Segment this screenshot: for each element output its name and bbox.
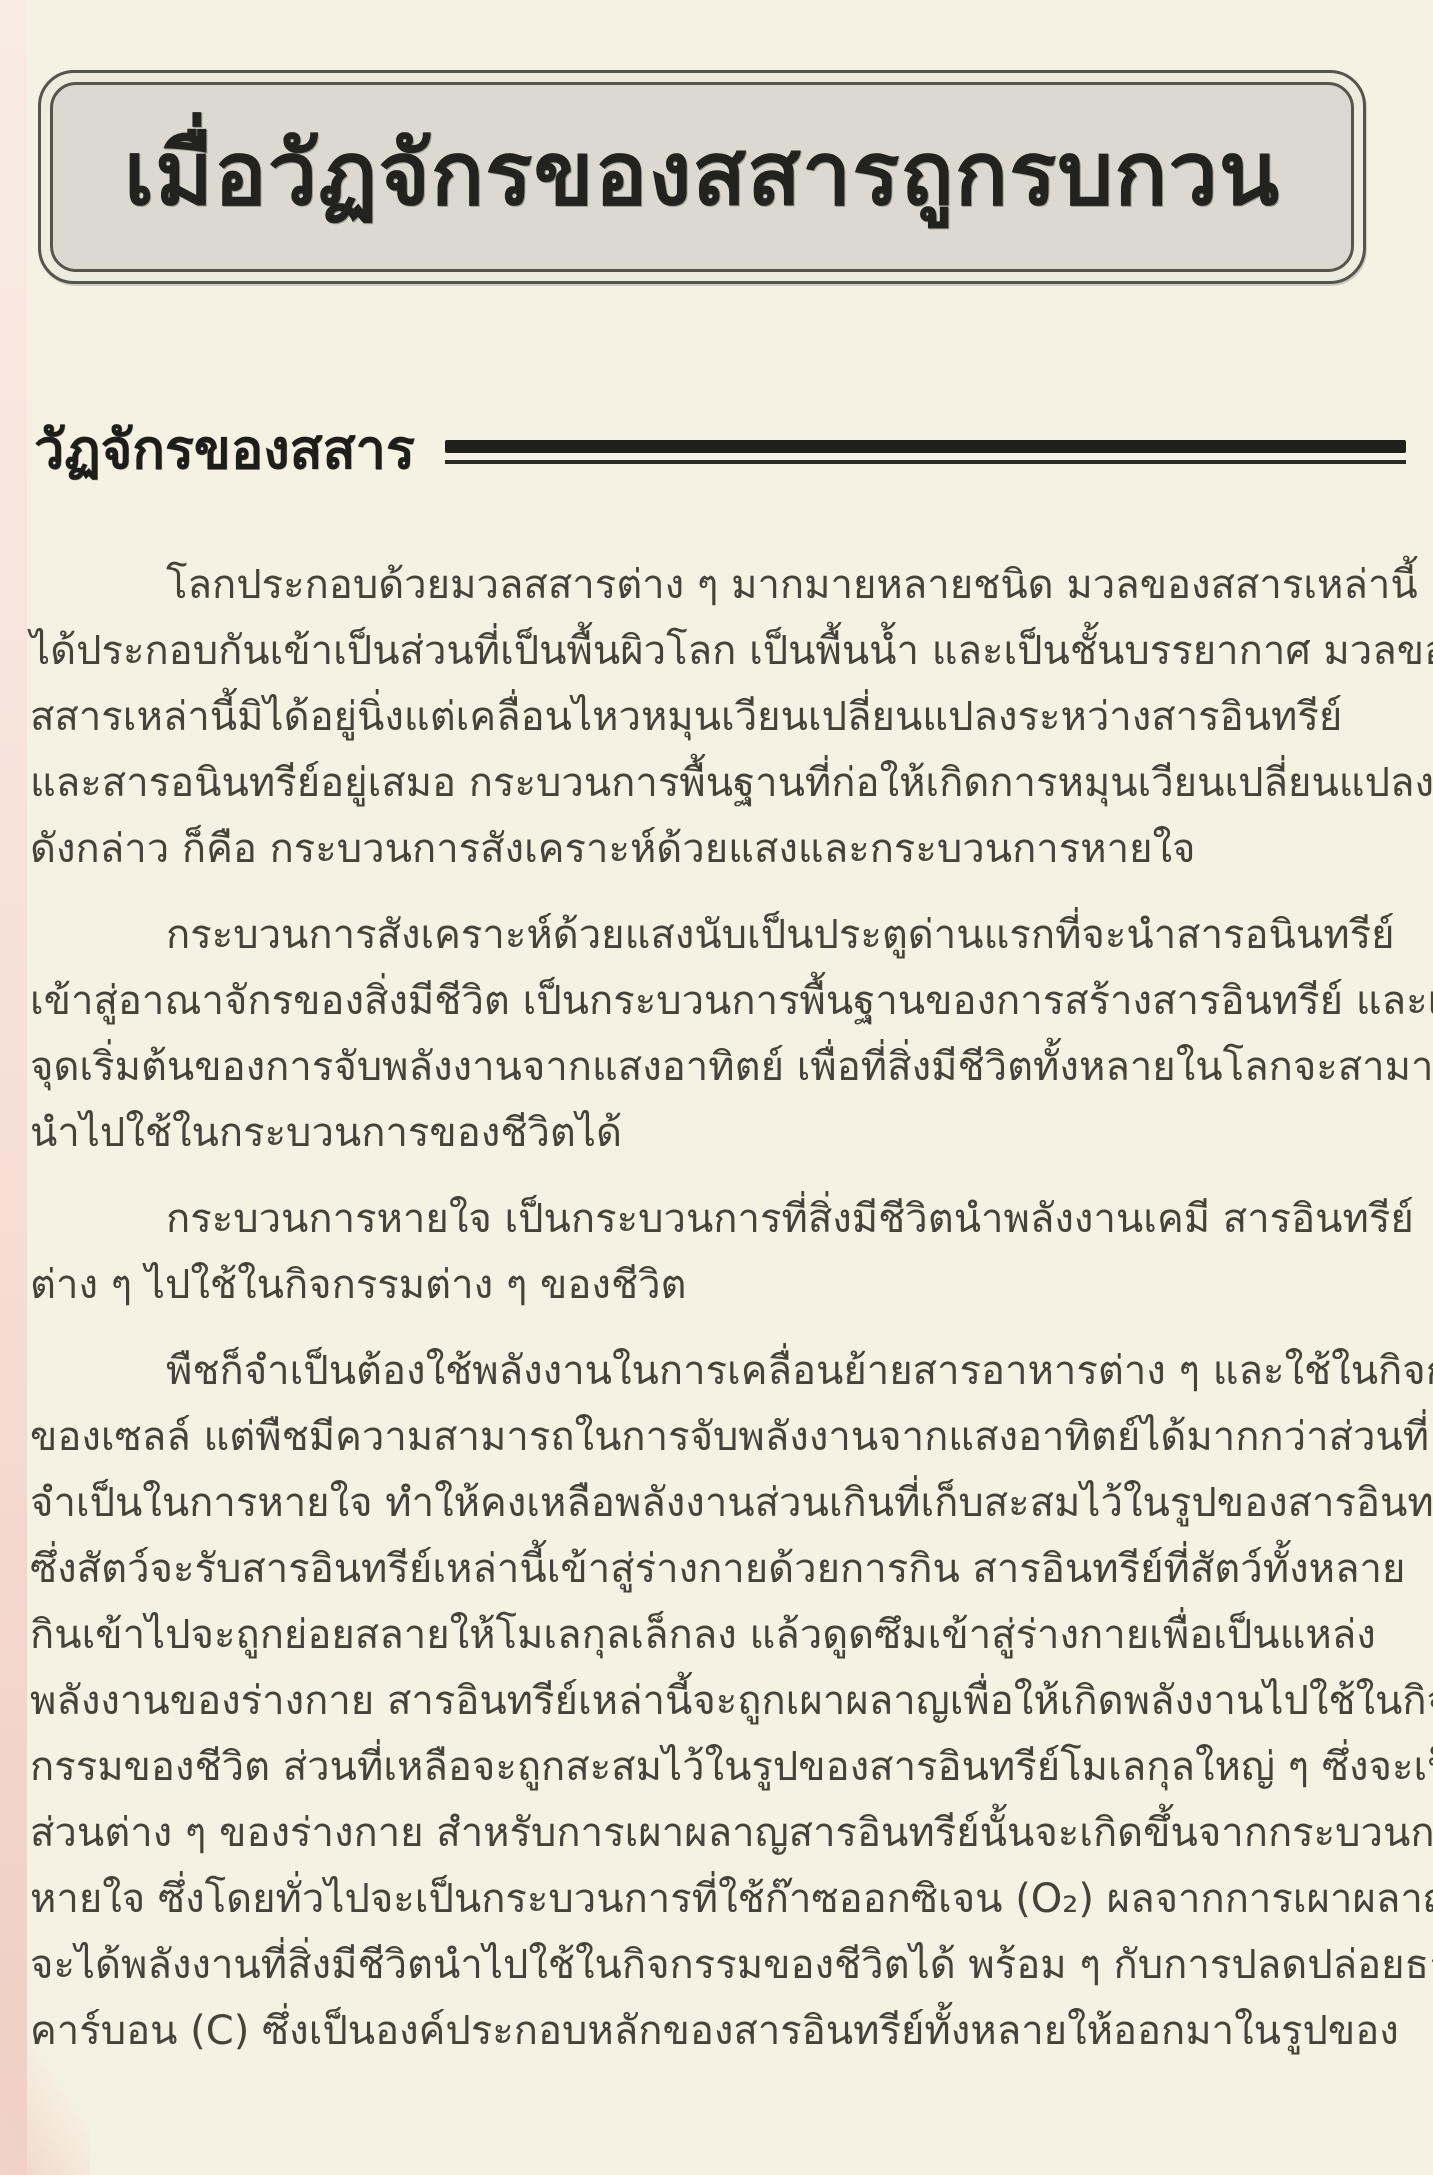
- chapter-title: เมื่อวัฏจักรของสสารถูกรบกวน: [124, 103, 1280, 243]
- text-line: กระบวนการสังเคราะห์ด้วยแสงนับเป็นประตูด่…: [30, 902, 1408, 968]
- text-line: พลังงานของร่างกาย สารอินทรีย์เหล่านี้จะถ…: [30, 1668, 1408, 1734]
- text-line: ดังกล่าว ก็คือ กระบวนการสังเคราะห์ด้วยแส…: [30, 816, 1408, 882]
- text-line: จำเป็นในการหายใจ ทำให้คงเหลือพลังงานส่วน…: [30, 1470, 1408, 1536]
- rule-gap: [445, 453, 1406, 460]
- text-line: หายใจ ซึ่งโดยทั่วไปจะเป็นกระบวนการที่ใช้…: [30, 1866, 1408, 1932]
- page-edge-strip: [0, 0, 27, 2175]
- rule-thin-line: [445, 460, 1406, 464]
- text-line: คาร์บอน (C) ซึ่งเป็นองค์ประกอบหลักของสาร…: [30, 1998, 1408, 2064]
- text-line: จุดเริ่มต้นของการจับพลังงานจากแสงอาทิตย์…: [30, 1034, 1408, 1100]
- paragraph: กระบวนการหายใจ เป็นกระบวนการที่สิ่งมีชีว…: [30, 1186, 1408, 1318]
- section-heading: วัฏจักรของสสาร: [34, 418, 415, 483]
- text-line: กระบวนการหายใจ เป็นกระบวนการที่สิ่งมีชีว…: [30, 1186, 1408, 1252]
- text-line: ของเซลล์ แต่พืชมีความสามารถในการจับพลังง…: [30, 1404, 1408, 1470]
- text-line: พืชก็จำเป็นต้องใช้พลังงานในการเคลื่อนย้า…: [30, 1338, 1408, 1404]
- text-line: และสารอนินทรีย์อยู่เสมอ กระบวนการพื้นฐาน…: [30, 750, 1408, 816]
- text-line: ซึ่งสัตว์จะรับสารอินทรีย์เหล่านี้เข้าสู่…: [30, 1536, 1408, 1602]
- text-line: นำไปใช้ในกระบวนการของชีวิตได้: [30, 1100, 1408, 1166]
- text-line: กรรมของชีวิต ส่วนที่เหลือจะถูกสะสมไว้ในร…: [30, 1734, 1408, 1800]
- text-line: ต่าง ๆ ไปใช้ในกิจกรรมต่าง ๆ ของชีวิต: [30, 1252, 1408, 1318]
- text-line: จะได้พลังงานที่สิ่งมีชีวิตนำไปใช้ในกิจกร…: [30, 1932, 1408, 1998]
- chapter-title-box-inner: เมื่อวัฏจักรของสสารถูกรบกวน: [50, 82, 1354, 272]
- text-line: เข้าสู่อาณาจักรของสิ่งมีชีวิต เป็นกระบวน…: [30, 968, 1408, 1034]
- rule-thick-line: [445, 440, 1406, 453]
- scanned-textbook-page: เมื่อวัฏจักรของสสารถูกรบกวน วัฏจักรของสส…: [0, 0, 1433, 2175]
- body-text: โลกประกอบด้วยมวลสสารต่าง ๆ มากมายหลายชนิ…: [30, 552, 1408, 2064]
- text-line: ได้ประกอบกันเข้าเป็นส่วนที่เป็นพื้นผิวโล…: [30, 618, 1408, 684]
- text-line: สสารเหล่านี้มิได้อยู่นิ่งแต่เคลื่อนไหวหม…: [30, 684, 1408, 750]
- section-rule: [445, 440, 1406, 464]
- text-line: กินเข้าไปจะถูกย่อยสลายให้โมเลกุลเล็กลง แ…: [30, 1602, 1408, 1668]
- section-heading-row: วัฏจักรของสสาร: [34, 418, 1406, 483]
- chapter-title-box: เมื่อวัฏจักรของสสารถูกรบกวน: [38, 70, 1366, 284]
- paragraph: โลกประกอบด้วยมวลสสารต่าง ๆ มากมายหลายชนิ…: [30, 552, 1408, 882]
- text-line: โลกประกอบด้วยมวลสสารต่าง ๆ มากมายหลายชนิ…: [30, 552, 1408, 618]
- paragraph: พืชก็จำเป็นต้องใช้พลังงานในการเคลื่อนย้า…: [30, 1338, 1408, 2064]
- paragraph: กระบวนการสังเคราะห์ด้วยแสงนับเป็นประตูด่…: [30, 902, 1408, 1166]
- text-line: ส่วนต่าง ๆ ของร่างกาย สำหรับการเผาผลาญสา…: [30, 1800, 1408, 1866]
